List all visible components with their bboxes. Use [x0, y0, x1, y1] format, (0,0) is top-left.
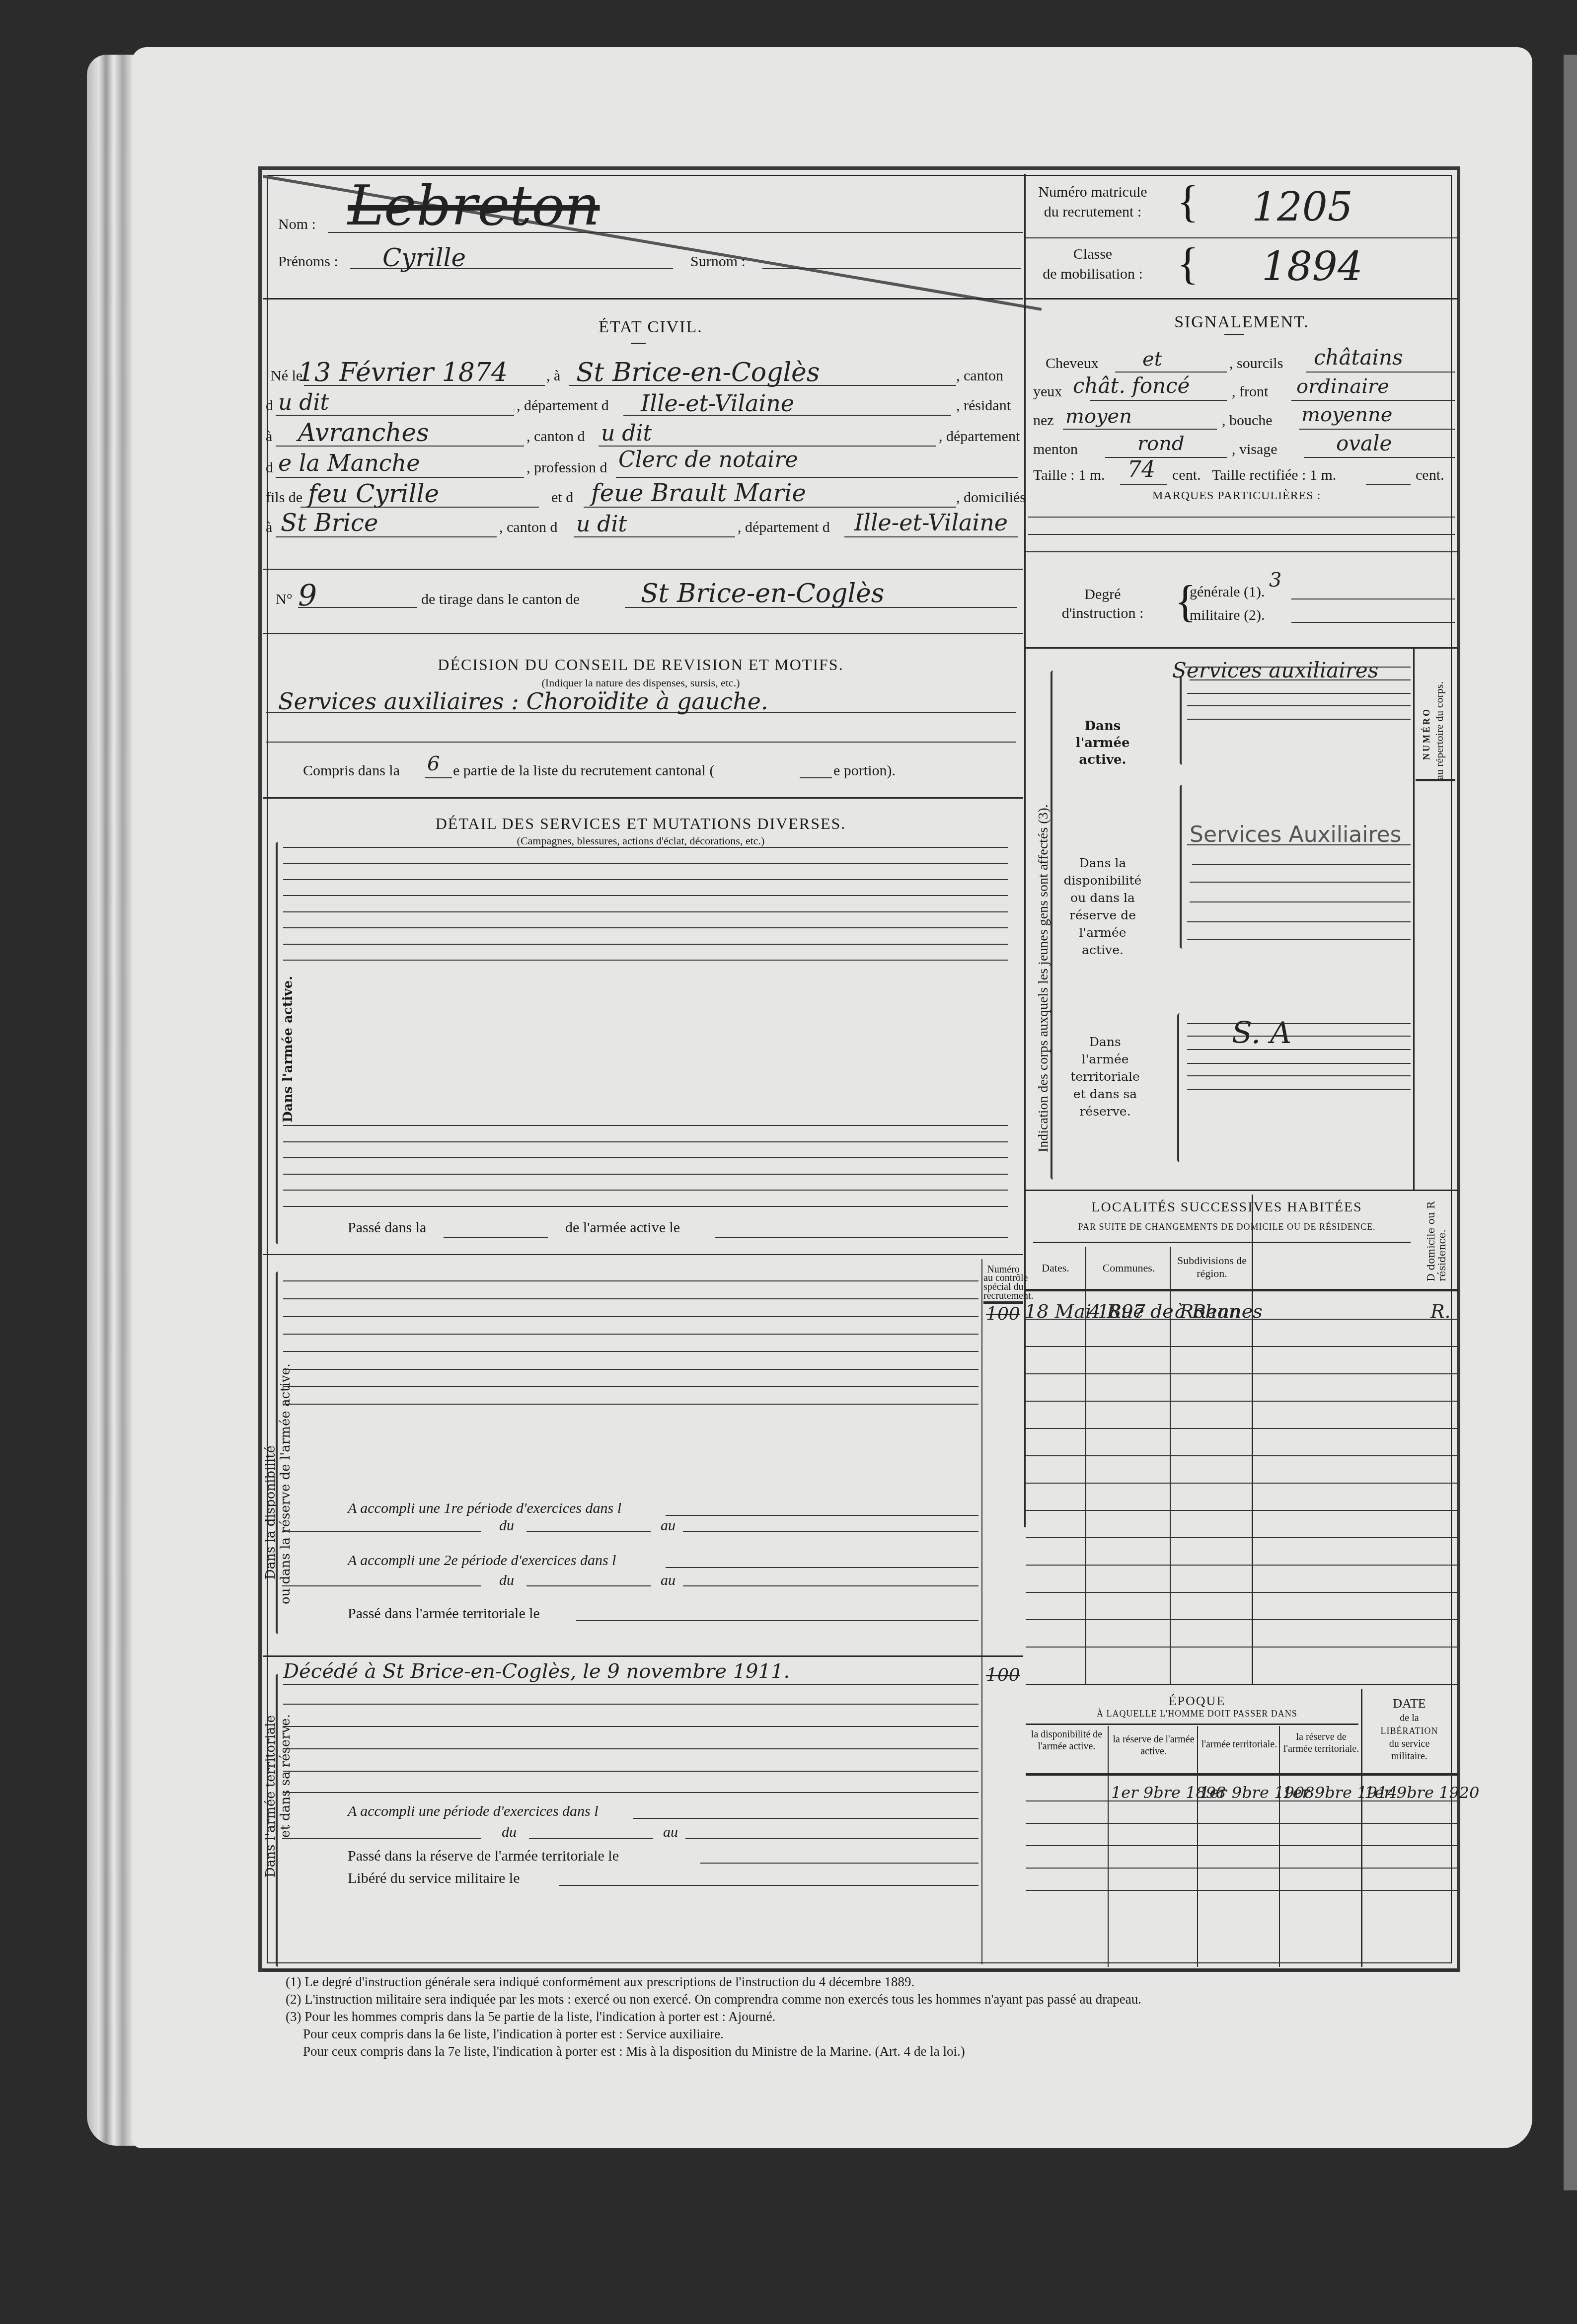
et-de-label: et d [551, 489, 573, 506]
row-line [1185, 667, 1411, 668]
services-title: DÉTAIL DES SERVICES ET MUTATIONS DIVERSE… [318, 815, 964, 833]
nom-label: Nom : [278, 216, 316, 233]
front-label: , front [1232, 383, 1268, 400]
territoriale-brace [276, 1674, 281, 1967]
domicile-canton-value: u dit [576, 512, 627, 537]
main-column-divider [1024, 174, 1026, 1527]
marques-title: MARQUES PARTICULIÈRES : [1152, 489, 1321, 503]
liberation-value: 1er 9bre 1920 [1364, 1783, 1479, 1802]
affectation-label: Dans l'armée territoriale et dans sa rés… [1065, 1033, 1145, 1120]
binding-shadow [1564, 55, 1577, 2190]
services-line [283, 1157, 1008, 1158]
cheveux-value: et [1142, 348, 1162, 371]
localites-line [1026, 1319, 1458, 1320]
periode2-line [666, 1567, 978, 1568]
localites-flourish [1033, 1242, 1411, 1243]
col-communes: Communes. [1088, 1262, 1170, 1274]
services-line [283, 911, 1008, 912]
territoriale-controle-divider [981, 1656, 982, 1964]
territoriale-periode-line [633, 1818, 978, 1819]
ne-le-value: 13 Février 1874 [298, 358, 508, 387]
col-dates: Dates. [1026, 1262, 1085, 1274]
militaire-line [1291, 622, 1455, 623]
deces-note: Décédé à St Brice-en-Coglès, le 9 novemb… [283, 1660, 790, 1683]
numero-label-2: au répertoire du corps. [1433, 681, 1446, 780]
footnote-5: Pour ceux compris dans la 7e liste, l'in… [303, 2044, 965, 2059]
bouche-value: moyenne [1301, 403, 1392, 426]
passe-active-date-line [715, 1237, 1008, 1238]
services-line [283, 960, 1008, 961]
localites-line [1026, 1647, 1458, 1648]
etat-civil-bottom-rule [263, 569, 1023, 570]
canton-label: , canton [956, 368, 1003, 384]
affectations-side-label: Indication des corps auxquels les jeunes… [1036, 804, 1051, 1152]
territoriale-line [283, 1792, 978, 1793]
localites-line [1026, 1373, 1458, 1374]
territoriale-periode-label: A accompli une période d'exercices dans … [348, 1803, 599, 1820]
canton-prefix: d [266, 397, 273, 414]
yeux-value: chât. foncé [1073, 374, 1190, 398]
services-line [283, 847, 1008, 848]
residence-prefix: à [266, 428, 272, 445]
residence-departement-label: , département [939, 428, 1020, 445]
affectations-bottom-rule [1026, 1190, 1458, 1191]
epoque-col-divider [1279, 1726, 1280, 1967]
affectation-label: Dans l'armée active. [1068, 718, 1137, 768]
territoriale-controle-value: 100 [986, 1665, 1020, 1685]
domicilies-label: , domiciliés [956, 489, 1026, 506]
matricule-brace-icon: { [1177, 176, 1199, 227]
disponibilite-line [283, 1404, 978, 1405]
nom-value: Lebreton [348, 174, 600, 237]
periode2-label: A accompli une 2e période d'exercices da… [348, 1552, 616, 1569]
yeux-line [1090, 400, 1227, 401]
visage-line [1304, 457, 1455, 458]
periode2-au-line [683, 1585, 978, 1586]
localites-bottom-rule [1026, 1684, 1458, 1685]
cheveux-line [1115, 372, 1227, 373]
domicile-dept-line [844, 536, 1018, 537]
epoque-line [1026, 1845, 1458, 1846]
epoque-line [1026, 1868, 1458, 1869]
residence-canton-label: , canton d [526, 428, 585, 445]
row-line [1187, 844, 1411, 845]
residant-label: , résidant [956, 397, 1011, 414]
services-subtitle: (Campagnes, blessures, actions d'éclat, … [318, 834, 964, 847]
epoque-title: ÉPOQUE [1023, 1694, 1371, 1709]
row-brace [1177, 1013, 1182, 1162]
col-domicile-residence: D domicile ou R résidence. [1426, 1182, 1447, 1281]
marques-line-1 [1028, 517, 1455, 518]
row-brace [1180, 785, 1185, 949]
tirage-canton-value: St Brice-en-Coglès [641, 579, 885, 608]
decision-line-2 [266, 742, 1016, 743]
periode2-du-pre-line [282, 1585, 481, 1586]
footnotes-rule [263, 1969, 1458, 1971]
compris-label: Compris dans la [303, 762, 400, 779]
libere-label: Libéré du service militaire le [348, 1870, 520, 1887]
profession-value: Clerc de notaire [618, 447, 798, 472]
col-subdivisions: Subdivisions de région. [1172, 1254, 1252, 1280]
generale-value: 3 [1269, 569, 1281, 592]
affectations-brace [1051, 671, 1055, 1180]
territoriale-au-label: au [663, 1824, 678, 1841]
bouche-line [1299, 429, 1455, 430]
passe-active-mid: de l'armée active le [565, 1219, 680, 1236]
classe-brace-icon: { [1177, 238, 1199, 290]
epoque-line [1026, 1823, 1458, 1824]
epoque-col-disponibilite: la disponibilité de l'armée active. [1026, 1728, 1108, 1752]
classe-label-1: Classe [1033, 246, 1152, 263]
localites-subtitle: PAR SUITE DE CHANGEMENTS DE DOMICILE OU … [1033, 1222, 1421, 1232]
decision-value: Services auxiliaires : Choroïdite à gauc… [278, 688, 768, 715]
sourcils-label: , sourcils [1229, 355, 1283, 372]
periode2-du-label: du [499, 1572, 514, 1589]
row-line [1187, 1075, 1411, 1076]
disponibilite-line [283, 1386, 978, 1387]
no-label: N° [276, 591, 293, 608]
disponibilite-line [283, 1316, 978, 1317]
localites-line [1026, 1592, 1458, 1593]
signalement-title: SIGNALEMENT. [1142, 313, 1341, 332]
etat-civil-title: ÉTAT CIVIL. [591, 318, 710, 337]
row-line [1187, 693, 1411, 694]
domicile-prefix: à [266, 519, 272, 536]
a-label: , à [546, 368, 560, 384]
classe-rule [1026, 298, 1458, 300]
liberation-title-2: de la [1363, 1713, 1455, 1724]
classe-label-2: de mobilisation : [1033, 266, 1152, 283]
epoque-line [1026, 1890, 1458, 1891]
cent-label-2: cent. [1416, 467, 1444, 484]
generale-label: générale (1). [1190, 584, 1265, 600]
disponibilite-line [283, 1351, 978, 1352]
localites-line [1026, 1510, 1458, 1511]
liberation-title-1: DATE [1363, 1696, 1455, 1711]
marques-bottom-rule [1026, 551, 1458, 552]
yeux-label: yeux [1033, 383, 1062, 400]
departement-label: , département d [517, 397, 609, 414]
passe-territoriale-line [576, 1620, 978, 1621]
row-line [1190, 901, 1411, 902]
liberation-title-5: militaire. [1363, 1751, 1455, 1762]
controle-column-divider [981, 1259, 982, 1656]
affectation-value: S. A [1232, 1016, 1291, 1050]
epoque-liberation-divider [1361, 1689, 1362, 1967]
taille-label: Taille : 1 m. [1033, 467, 1105, 484]
visage-value: ovale [1336, 431, 1392, 455]
services-line [283, 1174, 1008, 1175]
periode2-du-line [526, 1585, 651, 1586]
localites-line [1026, 1537, 1458, 1538]
active-side-label: Dans l'armée active. [281, 976, 296, 1123]
territoriale-line [283, 1771, 978, 1772]
localites-header-rule [1026, 1289, 1458, 1291]
row-line [1187, 1036, 1411, 1037]
epoque-line [1026, 1800, 1458, 1801]
residence-dept-line [276, 477, 524, 478]
periode1-au-line [683, 1531, 978, 1532]
cent-label: cent. [1172, 467, 1201, 484]
row-line [1190, 882, 1411, 883]
tirage-label: de tirage dans le canton de [421, 591, 580, 608]
bouche-label: , bouche [1222, 412, 1273, 429]
matricule-value: 1205 [1252, 184, 1353, 230]
territoriale-au-line [685, 1838, 978, 1839]
disponibilite-brace [276, 1272, 281, 1634]
periode1-au-label: au [661, 1517, 676, 1534]
decision-bottom-rule [263, 797, 1023, 799]
residence-dept-prefix: d [266, 459, 273, 476]
passe-active-line [444, 1237, 548, 1238]
matricule-label-1: Numéro matricule [1033, 184, 1152, 201]
tirage-bottom-rule [263, 633, 1023, 634]
row-line [1187, 1063, 1411, 1064]
marques-line-2 [1028, 534, 1455, 535]
localites-line [1026, 1619, 1458, 1620]
passe-reserve-label: Passé dans la réserve de l'armée territo… [348, 1848, 619, 1865]
territoriale-line [283, 1704, 978, 1705]
passe-territoriale-label: Passé dans l'armée territoriale le [348, 1605, 540, 1622]
pere-value: feu Cyrille [308, 479, 439, 508]
periode1-line [666, 1515, 978, 1516]
epoque-col-divider [1108, 1726, 1109, 1967]
services-line [283, 944, 1008, 945]
territoriale-du-label: du [502, 1824, 517, 1841]
nez-line [1063, 429, 1217, 430]
numero-column-divider [1413, 648, 1415, 1190]
passe-reserve-line [700, 1863, 978, 1864]
localites-line [1026, 1346, 1458, 1347]
matricule-rule [1026, 237, 1458, 238]
cheveux-label: Cheveux [1046, 355, 1099, 372]
services-line [283, 1190, 1008, 1191]
prenoms-label: Prénoms : [278, 253, 338, 270]
libere-line [559, 1885, 978, 1886]
col-divider [1252, 1195, 1253, 1684]
services-line [283, 927, 1008, 928]
row-line [1187, 1049, 1411, 1050]
domicile-canton-label: , canton d [499, 519, 557, 536]
domicile-dept-value: Ille-et-Vilaine [854, 509, 1008, 536]
front-value: ordinaire [1296, 375, 1389, 398]
instruction-bottom-rule [1026, 647, 1458, 649]
taille-value: 74 [1127, 457, 1155, 482]
portion-line [800, 777, 832, 778]
menton-line [1105, 457, 1227, 458]
taille-line [1120, 484, 1167, 485]
liberation-title-4: du service [1363, 1738, 1455, 1750]
departement-value: Ille-et-Vilaine [641, 390, 794, 417]
affectation-value: Services auxiliaires [1172, 658, 1378, 682]
matricule-label-2: du recrutement : [1033, 204, 1152, 221]
militaire-label: militaire (2). [1190, 607, 1265, 624]
disponibilite-line [283, 1334, 978, 1335]
localites-title: LOCALITÉS SUCCESSIVES HABITÉES [1033, 1199, 1421, 1215]
portion-suffix: e portion). [833, 762, 896, 779]
epoque-col-divider [1197, 1726, 1198, 1967]
row-line [1187, 1023, 1411, 1024]
services-line [283, 863, 1008, 864]
localites-line [1026, 1401, 1458, 1402]
epoque-flourish [1026, 1724, 1358, 1725]
disponibilite-line [283, 1369, 978, 1370]
footnote-4: Pour ceux compris dans la 6e liste, l'in… [303, 2026, 724, 2042]
surnom-line [762, 268, 1021, 269]
sourcils-line [1306, 372, 1455, 373]
row-line [1187, 939, 1411, 940]
prenoms-value: Cyrille [382, 243, 466, 272]
epoque-col-reserve-territoriale: la réserve de l'armée territoriale. [1281, 1731, 1361, 1755]
active-bottom-rule [263, 1254, 1023, 1255]
mere-value: feue Brault Marie [591, 479, 806, 507]
canton-value: u dit [278, 390, 329, 415]
active-brace [276, 842, 281, 1244]
compris-suffix: e partie de la liste du recrutement cant… [453, 762, 714, 779]
row-line [1192, 864, 1411, 865]
epoque-header-rule [1026, 1773, 1458, 1776]
degre-label-1: Degré [1058, 586, 1147, 603]
compris-line [425, 777, 452, 778]
services-line [283, 1125, 1008, 1126]
profession-label: , profession d [526, 459, 607, 476]
menton-value: rond [1137, 432, 1185, 455]
numero-label-1: NUMÉRO [1422, 707, 1432, 760]
epoque-col-reserve-active: la réserve de l'armée active. [1110, 1733, 1197, 1757]
affectation-label: Dans la disponibilité ou dans la réserve… [1063, 854, 1142, 959]
visage-label: , visage [1232, 441, 1277, 458]
residence-canton-value: u dit [601, 421, 652, 446]
disponibilite-line [283, 1280, 978, 1281]
periode1-label: A accompli une 1re période d'exercices d… [348, 1500, 621, 1517]
territoriale-du-line [529, 1838, 653, 1839]
nez-value: moyen [1065, 405, 1132, 428]
periode1-du-pre-line [282, 1531, 481, 1532]
domicile-value: St Brice [281, 509, 378, 537]
liberation-title-3: LIBÉRATION [1363, 1726, 1455, 1736]
profession-line [616, 477, 1018, 478]
services-line [283, 895, 1008, 896]
services-line [283, 1141, 1008, 1142]
sourcils-value: châtains [1314, 345, 1403, 370]
residence-value: Avranches [298, 418, 429, 447]
residence-dept-value: e la Manche [278, 450, 420, 476]
territoriale-du-pre-line [282, 1838, 481, 1839]
services-line [283, 879, 1008, 880]
services-line [283, 1206, 1008, 1207]
localites-line [1026, 1565, 1458, 1566]
territoriale-line [283, 1684, 978, 1685]
territoriale-line [283, 1748, 978, 1749]
degre-label-2: d'instruction : [1048, 605, 1157, 622]
localites-line [1026, 1455, 1458, 1456]
row-line [1187, 921, 1411, 922]
lieu-naissance-value: St Brice-en-Coglès [576, 358, 820, 387]
row-line [1190, 679, 1411, 680]
classe-value: 1894 [1262, 243, 1363, 290]
controle-value: 100 [986, 1304, 1020, 1324]
row-line [1187, 719, 1411, 720]
no-value: 9 [298, 579, 317, 613]
fils-de-label: fils de [266, 489, 302, 506]
generale-line [1291, 599, 1455, 600]
footnote-3: (3) Pour les hommes compris dans la 5e p… [286, 2009, 775, 2024]
domicile-dept-label: , département d [738, 519, 830, 536]
footnote-1: (1) Le degré d'instruction générale sera… [286, 1974, 914, 1990]
disponibilite-bottom-rule [263, 1655, 1023, 1657]
header-bottom-rule [263, 298, 1023, 300]
row-line [1187, 705, 1411, 706]
row-brace [1180, 675, 1185, 765]
periode2-au-label: au [661, 1572, 676, 1589]
numero-rule [1416, 779, 1455, 781]
disponibilite-line [283, 1298, 978, 1299]
affectation-value: Services Auxiliaires [1190, 822, 1402, 847]
passe-active-label: Passé dans la [348, 1219, 426, 1236]
front-line [1291, 400, 1455, 401]
footnote-2: (2) L'instruction militaire sera indiqué… [286, 1992, 1141, 2007]
menton-label: menton [1033, 441, 1078, 458]
row-line [1187, 1089, 1411, 1090]
epoque-subtitle: À LAQUELLE L'HOMME DOIT PASSER DANS [1023, 1709, 1371, 1719]
taille-rectifiee-label: Taille rectifiée : 1 m. [1212, 467, 1336, 484]
title-dash [1224, 334, 1244, 335]
territoriale-line [283, 1726, 978, 1727]
periode1-du-label: du [499, 1517, 514, 1534]
localites-line [1026, 1483, 1458, 1484]
title-dash [631, 343, 646, 344]
controle-label-4: recrutement. [983, 1290, 1023, 1302]
epoque-col-territoriale: l'armée territoriale. [1200, 1738, 1279, 1750]
periode1-du-line [526, 1531, 651, 1532]
surnom-label: Surnom : [690, 253, 746, 270]
decision-title: DÉCISION DU CONSEIL DE REVISION ET MOTIF… [318, 656, 964, 674]
compris-value: 6 [427, 752, 440, 775]
localites-line [1026, 1428, 1458, 1429]
nez-label: nez [1033, 412, 1054, 429]
taille-rectifiee-line [1366, 484, 1411, 485]
